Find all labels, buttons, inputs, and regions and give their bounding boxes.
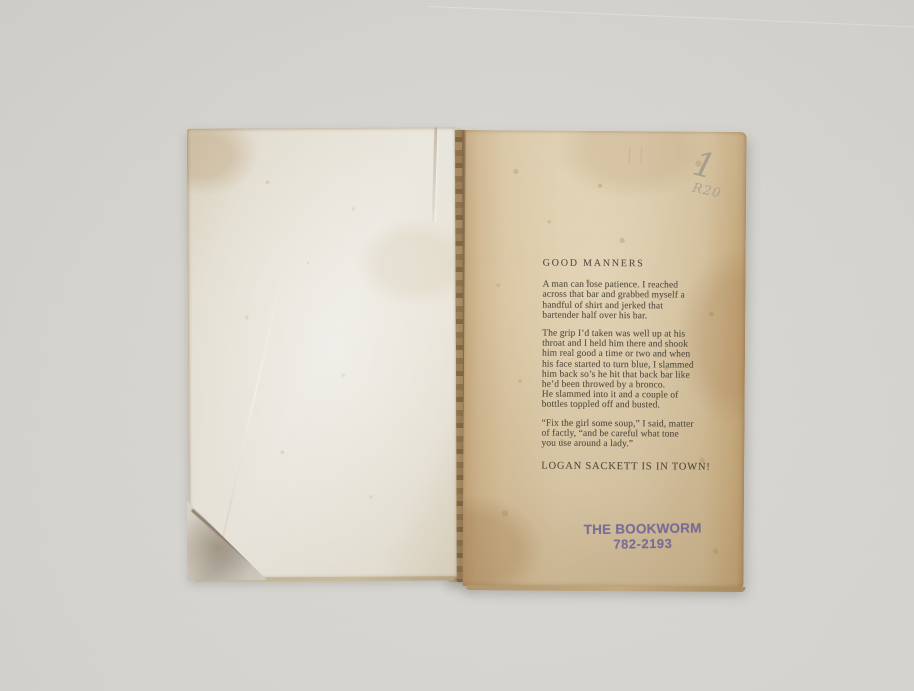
bookstore-stamp: THE BOOKWORM 782-2193 (563, 520, 723, 552)
pencil-price-code: R20 (691, 181, 723, 202)
text-line: him real good a time or two and when (542, 349, 714, 360)
text-line: across that bar and grabbed myself a (542, 290, 714, 301)
paragraph-1: A man can lose patience. I reached acros… (542, 280, 714, 322)
text-line: bottles toppled off and busted. (542, 400, 714, 411)
paragraph-3: “Fix the girl some soup,” I said, matter… (541, 418, 713, 450)
left-page (187, 127, 457, 578)
pencil-smudge (615, 144, 662, 166)
back-cover-text: GOOD MANNERS A man can lose patience. I … (541, 259, 714, 474)
text-line: bartender half over his bar. (542, 310, 714, 321)
stamp-phone-number: 782-2193 (563, 535, 723, 552)
page-crease-top (432, 127, 438, 222)
right-page: 1 R20 GOOD MANNERS A man can lose patien… (462, 130, 746, 588)
surface-scratch (428, 6, 914, 28)
page-heading: GOOD MANNERS (543, 259, 715, 270)
paragraph-2: The grip I’d taken was well up at his th… (542, 329, 715, 412)
photo-scene: 1 R20 GOOD MANNERS A man can lose patien… (0, 0, 914, 691)
slogan-line: LOGAN SACKETT IS IN TOWN! (541, 462, 713, 473)
stamp-store-name: THE BOOKWORM (563, 520, 723, 537)
text-line: you use around a lady.” (541, 439, 713, 450)
